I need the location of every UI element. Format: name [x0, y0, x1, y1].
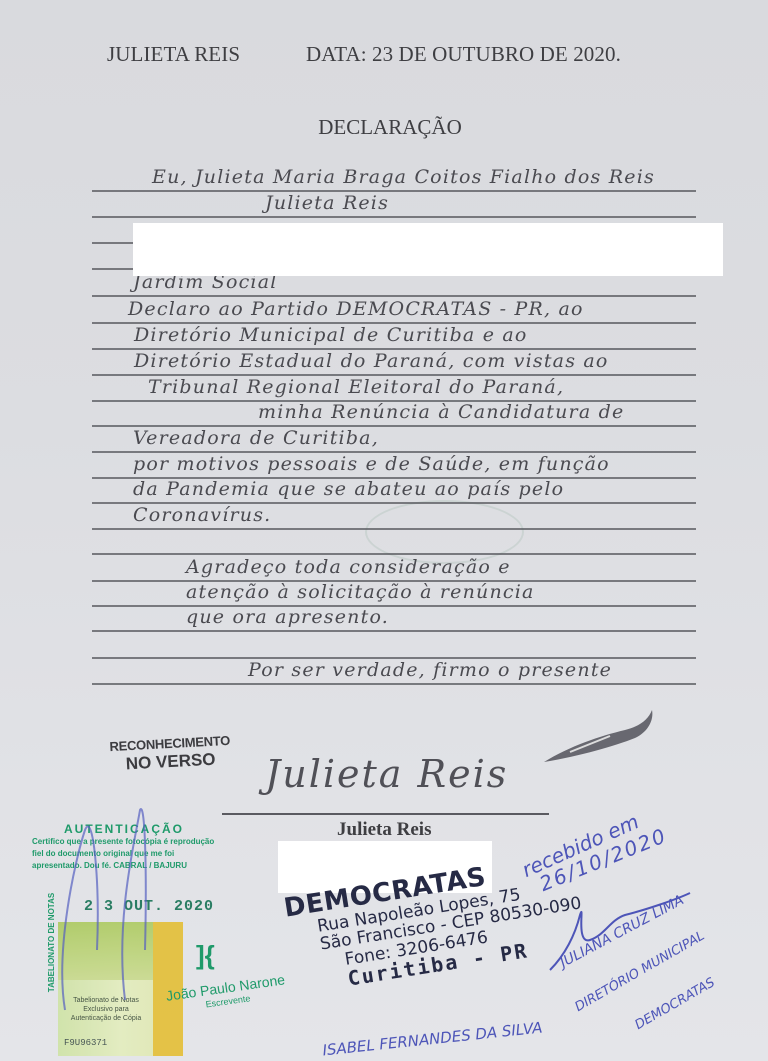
ruled-line [92, 528, 696, 530]
handwritten-line: por motivos pessoais e de Saúde, em funç… [133, 453, 610, 475]
handwritten-line: Diretório Municipal de Curitiba e ao [134, 324, 528, 346]
ruled-line [92, 630, 696, 632]
bottom-handwriting: ISABEL FERNANDES DA SILVA [322, 1019, 544, 1060]
handwritten-line: Eu, Julieta Maria Braga Coitos Fialho do… [152, 166, 655, 188]
handwritten-line: Diretório Estadual do Paraná, com vistas… [134, 350, 609, 372]
stamp-bracket-icon: ]{ [196, 940, 215, 971]
handwritten-line: atenção à solicitação à renúncia [186, 581, 535, 603]
pen-scribble-icon [540, 706, 660, 766]
ruled-line [92, 683, 696, 685]
header-date: DATA: 23 DE OUTUBRO DE 2020. [306, 42, 621, 67]
document-page: JULIETA REIS DATA: 23 DE OUTUBRO DE 2020… [0, 0, 768, 1061]
ruled-line [92, 216, 696, 218]
header-name: JULIETA REIS [107, 42, 240, 67]
seal-serial: F9U96371 [64, 1038, 107, 1048]
handwritten-line: Declaro ao Partido DEMOCRATAS - PR, ao [128, 298, 584, 320]
handwritten-line: Agradeço toda consideração e [186, 556, 511, 578]
handwritten-line: que ora apresento. [186, 606, 389, 628]
ruled-line [92, 605, 696, 607]
handwritten-signature: Julieta Reis [265, 752, 508, 796]
recognition-stamp: RECONHECIMENTO NO VERSO [109, 733, 231, 775]
blue-pen-loops [55, 800, 175, 1020]
handwritten-line: da Pandemia que se abateu ao país pelo [133, 478, 564, 500]
ruled-line [92, 553, 696, 555]
handwritten-line: Tribunal Regional Eleitoral do Paraná, [148, 376, 564, 398]
redaction-box [133, 223, 723, 276]
handwritten-line: Coronavírus. [133, 504, 271, 526]
page-title: DECLARAÇÃO [0, 115, 768, 140]
receiver-org2: DEMOCRATAS [633, 975, 718, 1033]
ruled-line [92, 295, 696, 297]
handwritten-line: Julieta Reis [265, 192, 389, 214]
handwritten-line: Vereadora de Curitiba, [133, 427, 379, 449]
ruled-line [92, 190, 696, 192]
handwritten-line: minha Renúncia à Candidatura de [258, 401, 624, 423]
signature-line [222, 813, 549, 815]
signature-printed-name: Julieta Reis [337, 819, 431, 841]
handwritten-line: Por ser verdade, firmo o presente [248, 659, 612, 681]
